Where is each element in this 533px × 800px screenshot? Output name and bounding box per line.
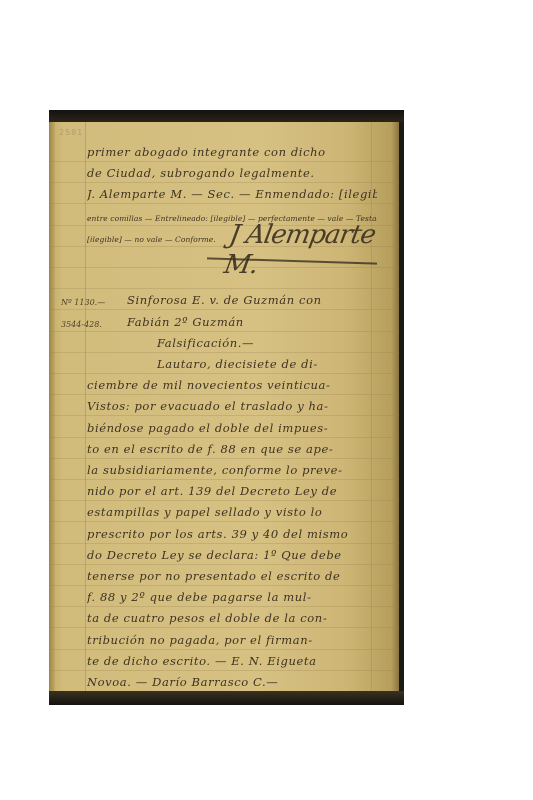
handwritten-line: Lautaro, diecisiete de di- [49, 352, 399, 374]
handwritten-line: to en el escrito de f. 88 en que se ape- [49, 437, 399, 459]
line-text: nido por el art. 139 del Decreto Ley de [87, 484, 377, 498]
handwritten-line: Falsificación.— [49, 331, 399, 353]
handwritten-line: de Ciudad, subrogando legalmente. [49, 161, 399, 183]
line-text: Sinforosa E. v. de Guzmán con [87, 293, 377, 307]
bottom-scan-shadow [49, 691, 404, 705]
line-text: Lautaro, diecisiete de di- [87, 357, 377, 371]
handwritten-line: tenerse por no presentado el escrito de [49, 564, 399, 586]
line-text: Vistos: por evacuado el traslado y ha- [87, 399, 377, 413]
line-text: la subsidiariamente, conforme lo preve- [87, 463, 377, 477]
handwritten-line: nido por el art. 139 del Decreto Ley de [49, 479, 399, 501]
line-text: f. 88 y 2º que debe pagarse la mul- [87, 590, 377, 604]
line-text: tribución no pagada, por el firman- [87, 633, 377, 647]
handwritten-lines: primer abogado integrante con dichode Ci… [49, 122, 399, 691]
line-text: do Decreto Ley se declara: 1º Que debe [87, 548, 377, 562]
handwritten-line: f. 88 y 2º que debe pagarse la mul- [49, 585, 399, 607]
handwritten-line: Nº 1130.—Sinforosa E. v. de Guzmán con [49, 288, 399, 310]
line-text: to en el escrito de f. 88 en que se ape- [87, 442, 377, 456]
handwritten-line: tribución no pagada, por el firman- [49, 628, 399, 650]
handwritten-line: ciembre de mil novecientos veinticua- [49, 373, 399, 395]
line-text: de Ciudad, subrogando legalmente. [87, 166, 377, 180]
line-text: Fabián 2º Guzmán [87, 315, 377, 329]
line-text: Novoa. — Darío Barrasco C.— [87, 675, 377, 689]
line-text: primer abogado integrante con dicho [87, 145, 377, 159]
line-text: ta de cuatro pesos el doble de la con- [87, 611, 377, 625]
line-text: biéndose pagado el doble del impues- [87, 421, 377, 435]
handwritten-line: Novoa. — Darío Barrasco C.— [49, 670, 399, 692]
handwritten-line: la subsidiariamente, conforme lo preve- [49, 458, 399, 480]
handwritten-line: biéndose pagado el doble del impues- [49, 416, 399, 438]
handwritten-line: ta de cuatro pesos el doble de la con- [49, 606, 399, 628]
line-text: prescrito por los arts. 39 y 40 del mism… [87, 527, 377, 541]
handwritten-line: estampillas y papel sellado y visto lo [49, 500, 399, 522]
handwritten-line: do Decreto Ley se declara: 1º Que debe [49, 543, 399, 565]
line-text: Falsificación.— [87, 336, 377, 350]
signature: J Alemparte M. [222, 220, 404, 280]
scanned-document-image: 2581 primer abogado integrante con dicho… [49, 110, 404, 705]
handwritten-line: prescrito por los arts. 39 y 40 del mism… [49, 522, 399, 544]
line-text: te de dicho escrito. — E. N. Eigueta [87, 654, 377, 668]
handwritten-line: te de dicho escrito. — E. N. Eigueta [49, 649, 399, 671]
line-text: ciembre de mil novecientos veinticua- [87, 378, 377, 392]
handwritten-line: primer abogado integrante con dicho [49, 140, 399, 162]
line-text: estampillas y papel sellado y visto lo [87, 505, 377, 519]
handwritten-line: 3544-428.Fabián 2º Guzmán [49, 310, 399, 332]
line-text: J. Alemparte M. — Sec. — Enmendado: [ile… [87, 187, 377, 201]
handwritten-line: Vistos: por evacuado el traslado y ha- [49, 394, 399, 416]
line-text: tenerse por no presentado el escrito de [87, 569, 377, 583]
ledger-page: 2581 primer abogado integrante con dicho… [49, 122, 399, 691]
handwritten-line: J. Alemparte M. — Sec. — Enmendado: [ile… [49, 182, 399, 204]
top-scan-shadow [49, 110, 404, 122]
